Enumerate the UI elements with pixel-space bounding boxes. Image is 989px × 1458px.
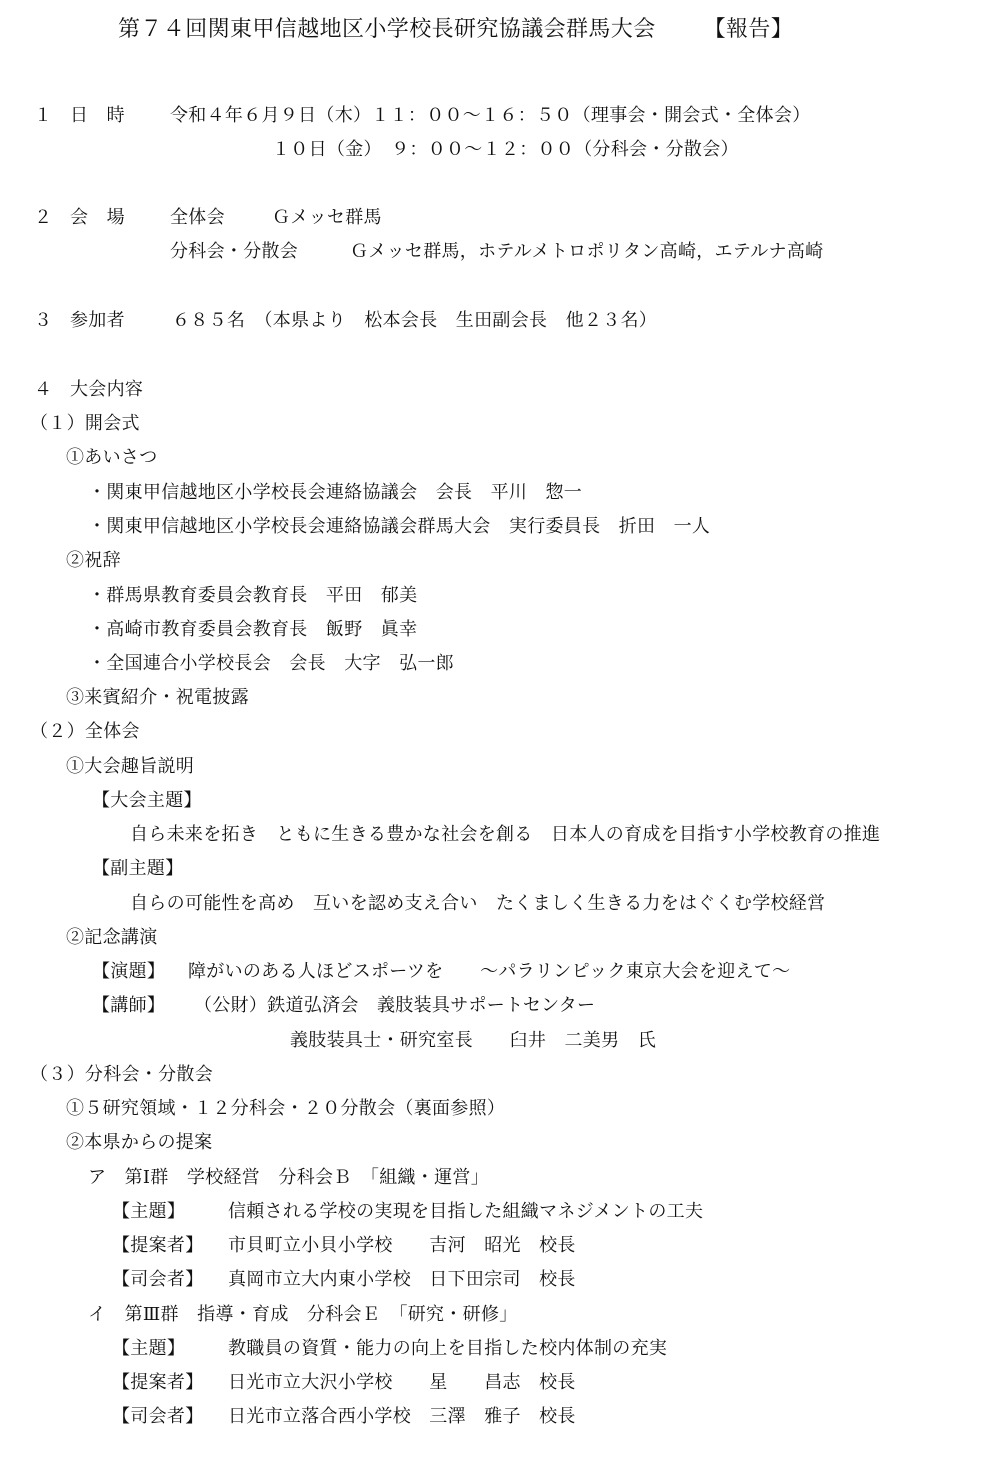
date-day2: １０日（金） ９：００～１２：００（分科会・分散会） xyxy=(272,138,739,162)
section-number: ３ xyxy=(34,309,52,333)
main-theme-label: 【大会主題】 xyxy=(92,789,202,813)
proposal-presenter: 日光市立大沢小学校 星 昌志 校長 xyxy=(228,1371,576,1395)
venue-general-label: 全体会 xyxy=(170,206,225,230)
congrats-heading: ②祝辞 xyxy=(66,549,121,573)
venue-breakout-value: Ｇメッセ群馬，ホテルメトロポリタン高崎，エテルナ高崎 xyxy=(350,240,823,264)
proposal-heading: ア 第Ⅰ群 学校経営 分科会Ｂ 「組織・運営」 xyxy=(88,1166,489,1190)
venue-general-value: Ｇメッセ群馬 xyxy=(272,206,382,230)
purpose-heading: ①大会趣旨説明 xyxy=(66,755,194,779)
proposal-presenter-label: 【提案者】 xyxy=(112,1371,204,1395)
congrats-item: ・高崎市教育委員会教育長 飯野 眞幸 xyxy=(88,618,417,642)
section-label: 日 時 xyxy=(70,104,125,128)
congrats-item: ・全国連合小学校長会 会長 大字 弘一郎 xyxy=(88,652,454,676)
section-number: ４ xyxy=(34,378,52,402)
section-label: 参加者 xyxy=(70,309,125,333)
lecture-title-label: 【演題】 xyxy=(92,960,165,984)
proposal-moderator: 真岡市立大内東小学校 日下田宗司 校長 xyxy=(228,1268,576,1292)
breakout-structure: ①５研究領域・１２分科会・２０分散会（裏面参照） xyxy=(66,1097,505,1121)
proposal-heading: イ 第Ⅲ群 指導・育成 分科会Ｅ 「研究・研修」 xyxy=(88,1303,518,1327)
greeting-heading: ①あいさつ xyxy=(66,446,158,470)
proposal-presenter: 市貝町立小貝小学校 吉河 昭光 校長 xyxy=(228,1234,576,1258)
proposal-theme-label: 【主題】 xyxy=(112,1200,185,1224)
section-label: 大会内容 xyxy=(70,378,143,402)
sub-theme: 自らの可能性を高め 互いを認め支え合い たくましく生きる力をはぐくむ学校経営 xyxy=(130,892,825,916)
lecturer-org: （公財）鉄道弘済会 義肢装具サポートセンター xyxy=(194,994,595,1018)
subsection-heading: （３）分科会・分散会 xyxy=(30,1063,213,1087)
lecture-title: 障がいのある人ほどスポーツを ～パラリンピック東京大会を迎えて～ xyxy=(188,960,790,984)
proposal-theme: 教職員の資質・能力の向上を目指した校内体制の充実 xyxy=(228,1337,667,1361)
congrats-item: ・群馬県教育委員会教育長 平田 郁美 xyxy=(88,584,417,608)
title-text: 第７４回関東甲信越地区小学校長研究協議会群馬大会 xyxy=(118,17,656,42)
participants-value: ６８５名 （本県より 松本会長 生田副会長 他２３名） xyxy=(172,309,657,333)
section-label: 会 場 xyxy=(70,206,125,230)
venue-breakout-label: 分科会・分散会 xyxy=(170,240,298,264)
proposal-moderator-label: 【司会者】 xyxy=(112,1268,204,1292)
lecture-heading: ②記念講演 xyxy=(66,926,158,950)
proposal-theme: 信頼される学校の実現を目指した組織マネジメントの工夫 xyxy=(228,1200,703,1224)
greeting-item: ・関東甲信越地区小学校長会連絡協議会 会長 平川 惣一 xyxy=(88,481,582,505)
lecturer-name: 義肢装具士・研究室長 臼井 二美男 氏 xyxy=(290,1029,656,1053)
date-day1: 令和４年６月９日（木）１１：００～１６：５０（理事会・開会式・全体会） xyxy=(170,104,811,128)
subsection-heading: （１）開会式 xyxy=(30,412,140,436)
section-number: ２ xyxy=(34,206,52,230)
main-theme: 自ら未来を拓き ともに生きる豊かな社会を創る 日本人の育成を目指す小学校教育の推… xyxy=(130,823,880,847)
report-tag: 【報告】 xyxy=(704,17,794,42)
section-number: １ xyxy=(34,104,52,128)
subsection-heading: （２）全体会 xyxy=(30,720,140,744)
greeting-item: ・関東甲信越地区小学校長会連絡協議会群馬大会 実行委員長 折田 一人 xyxy=(88,515,710,539)
document-title: 第７４回関東甲信越地区小学校長研究協議会群馬大会【報告】 xyxy=(118,14,793,46)
proposal-moderator: 日光市立落合西小学校 三澤 雅子 校長 xyxy=(228,1405,576,1429)
proposal-presenter-label: 【提案者】 xyxy=(112,1234,204,1258)
proposal-moderator-label: 【司会者】 xyxy=(112,1405,204,1429)
sub-theme-label: 【副主題】 xyxy=(92,857,184,881)
lecturer-label: 【講師】 xyxy=(92,994,165,1018)
guests-item: ③来賓紹介・祝電披露 xyxy=(66,686,249,710)
proposal-theme-label: 【主題】 xyxy=(112,1337,185,1361)
proposals-heading: ②本県からの提案 xyxy=(66,1131,212,1155)
